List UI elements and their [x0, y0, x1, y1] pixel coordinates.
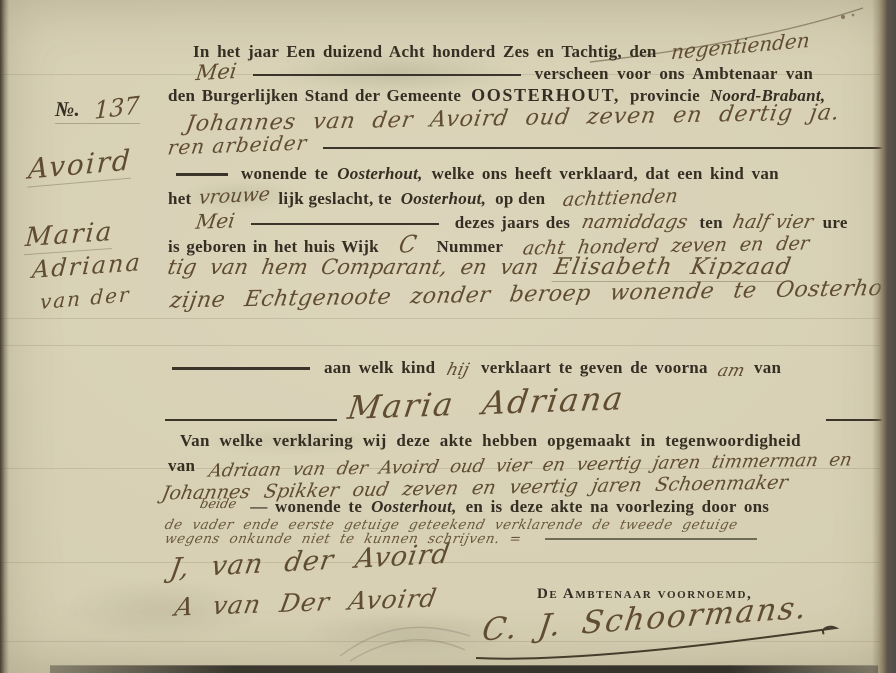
margin-surname: Avoird [28, 148, 132, 183]
signature-father: J, van der Avoird [170, 546, 450, 577]
fill-rule [323, 147, 883, 149]
wonende-te-2: — wonende te [250, 497, 362, 516]
scan-edge-bottom [50, 665, 878, 673]
birth-certificate-scan: №. 137 Avoird Maria Adriana van der In h… [0, 0, 896, 673]
naming-line: aan welk kind hij verklaart te geven de … [172, 358, 781, 378]
name-rule-left [165, 419, 337, 421]
geslacht-text: lijk geslacht, te [278, 189, 391, 208]
residence-city: Oosterhout, [337, 164, 422, 183]
intro-line-2: Mei verscheen voor ons Ambtenaar van [196, 60, 813, 84]
aan-welk-kind: aan welk kind [324, 358, 435, 377]
declaration-line-5: tig van hem Comparant, en van Elisabeth … [168, 254, 792, 282]
gemeente-name: OOSTERHOUT, [471, 85, 620, 105]
declaration-text: welke ons heeft verklaard, dat een kind … [432, 164, 779, 183]
scan-edge-right [872, 0, 896, 673]
act-number-row: №. 137 [55, 94, 140, 124]
dezes-jaars: dezes jaars des [455, 213, 570, 232]
dash-rule [172, 367, 310, 370]
intro-line-3-pre: den Burgerlijken Stand der Gemeente [168, 86, 461, 105]
declaration-line-1: wonende te Oosterhout, welke ons heeft v… [176, 164, 779, 184]
daypart-handwritten: namiddags [580, 211, 690, 233]
intro-line-2-printed: verscheen voor ons Ambtenaar van [535, 64, 813, 83]
margin-child-name-text: Maria [24, 217, 114, 255]
margin-child-name-text: Adriana [31, 248, 143, 284]
birth-city: Oosterhout, [401, 189, 486, 208]
birth-day-handwritten: achttienden [562, 185, 680, 211]
blank-rule [253, 74, 521, 76]
margin-child-name-text: van der [40, 282, 132, 314]
ure: ure [823, 213, 848, 232]
ledger-rule [0, 345, 896, 346]
van-label: van [168, 456, 195, 475]
het: het [168, 189, 191, 208]
declarant-line-1: Johannes van der Avoird oud zeven en der… [186, 106, 840, 131]
declaration-line-3: Mei dezes jaars des namiddags ten half v… [196, 209, 848, 233]
margin-surname-text: Avoird [27, 143, 132, 187]
child-name-handwritten: Maria Adriana [345, 379, 627, 427]
birth-month-handwritten: Mei [194, 208, 236, 233]
witnesses-line-3: Johannes Spikker oud zeven en veertig ja… [162, 477, 788, 499]
act-number-value: 137 [94, 91, 140, 125]
wonende-te: wonende te [241, 164, 328, 183]
declaration-line-6: zijne Echtgenoote zonder beroep wonende … [170, 282, 896, 307]
gender-handwritten: vrouwe [198, 183, 272, 209]
intro-line-1: In het jaar Een duizend Acht honderd Zes… [193, 38, 809, 62]
signature-official: C. J. Schoormans. [482, 601, 808, 637]
month-handwritten: Mei [195, 59, 239, 85]
declarant-occupation-handwritten: ren arbeider [166, 131, 309, 160]
child-name-line: Maria Adriana [348, 384, 625, 422]
beide-handwritten: beide [198, 497, 237, 512]
act-number-label: №. [55, 97, 80, 121]
verklaart-text: verklaart te geven de voorna [481, 358, 708, 377]
witnesses-line-4: beide — wonende te Oosterhout, en is dez… [200, 497, 769, 517]
signature-witness-text: A van Der Avoird [173, 583, 440, 621]
margin-child-name-1: Maria [25, 220, 113, 252]
scan-edge-left [0, 0, 9, 673]
comparant-handwritten: tig van hem Comparant, en van [166, 255, 541, 279]
op-den: op den [495, 189, 545, 208]
margin-child-name-3: van der [40, 286, 131, 310]
hour-handwritten: half vier [730, 211, 815, 233]
residence-city-2: Oosterhout, [371, 497, 456, 516]
intro-line-1-printed: In het jaar Een duizend Acht honderd Zes… [193, 42, 657, 61]
ledger-rule [0, 318, 896, 319]
signature-father-text: J, van der Avoird [168, 539, 453, 585]
margin-child-name-2: Adriana [32, 252, 142, 280]
witnesses-intro-printed: Van welke verklaring wij deze akte hebbe… [180, 431, 801, 450]
mother-status-handwritten: zijne Echtgenoote zonder beroep wonende … [168, 276, 896, 314]
declarant-line-2: ren arbeider [168, 133, 896, 157]
van: van [754, 358, 781, 377]
signature-witness: A van Der Avoird [175, 588, 437, 617]
dash-rule [176, 173, 228, 176]
blank-rule [251, 223, 439, 225]
declaration-line-2: het vrouwe lijk geslacht, te Oosterhout,… [168, 187, 678, 209]
name-suffix-handwritten: am [715, 361, 746, 381]
witnesses-line-1: Van welke verklaring wij deze akte hebbe… [180, 431, 801, 451]
pronoun-handwritten: hij [445, 360, 472, 380]
ten: ten [699, 213, 722, 232]
closing-printed: en is deze akte na voorlezing door ons [466, 497, 770, 516]
note-rule [545, 538, 757, 540]
